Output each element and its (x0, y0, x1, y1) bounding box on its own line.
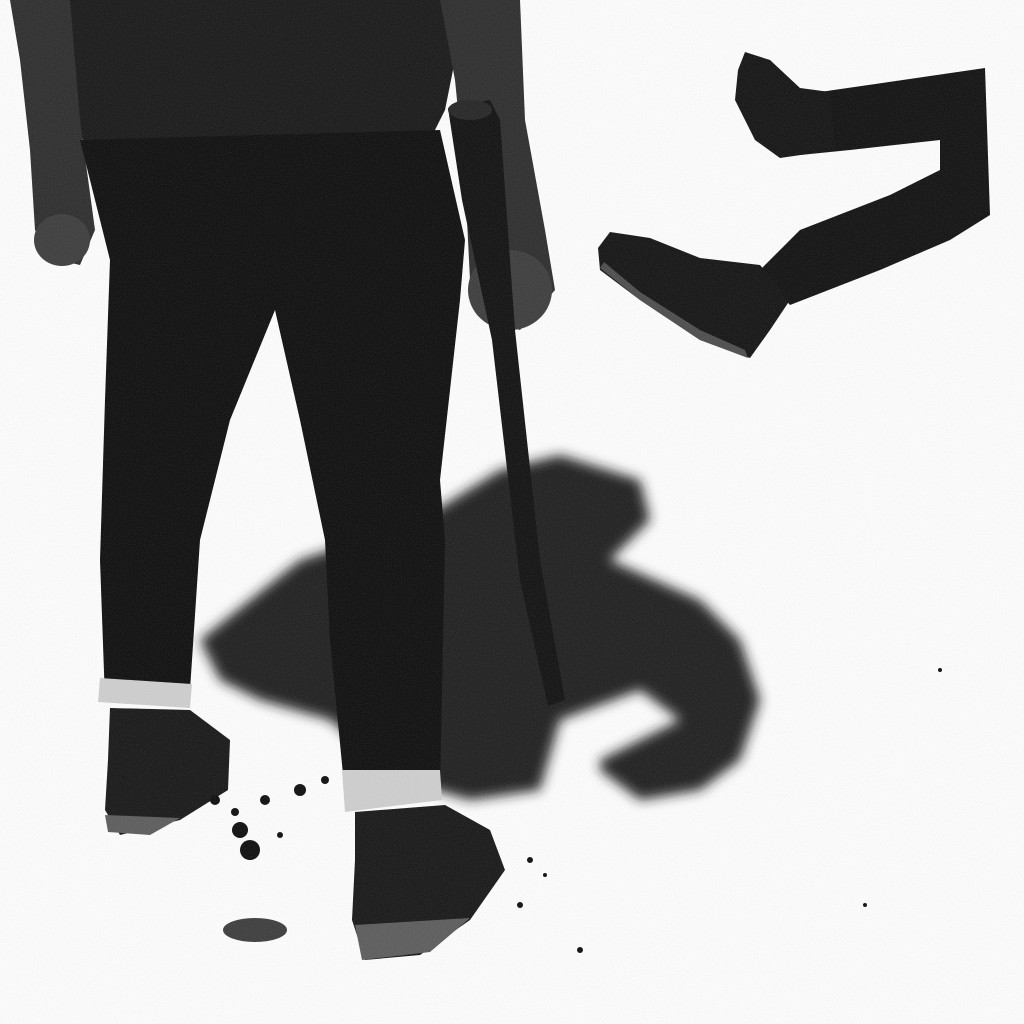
photo-scene (0, 0, 1024, 1024)
grain-overlay (0, 0, 1024, 1024)
